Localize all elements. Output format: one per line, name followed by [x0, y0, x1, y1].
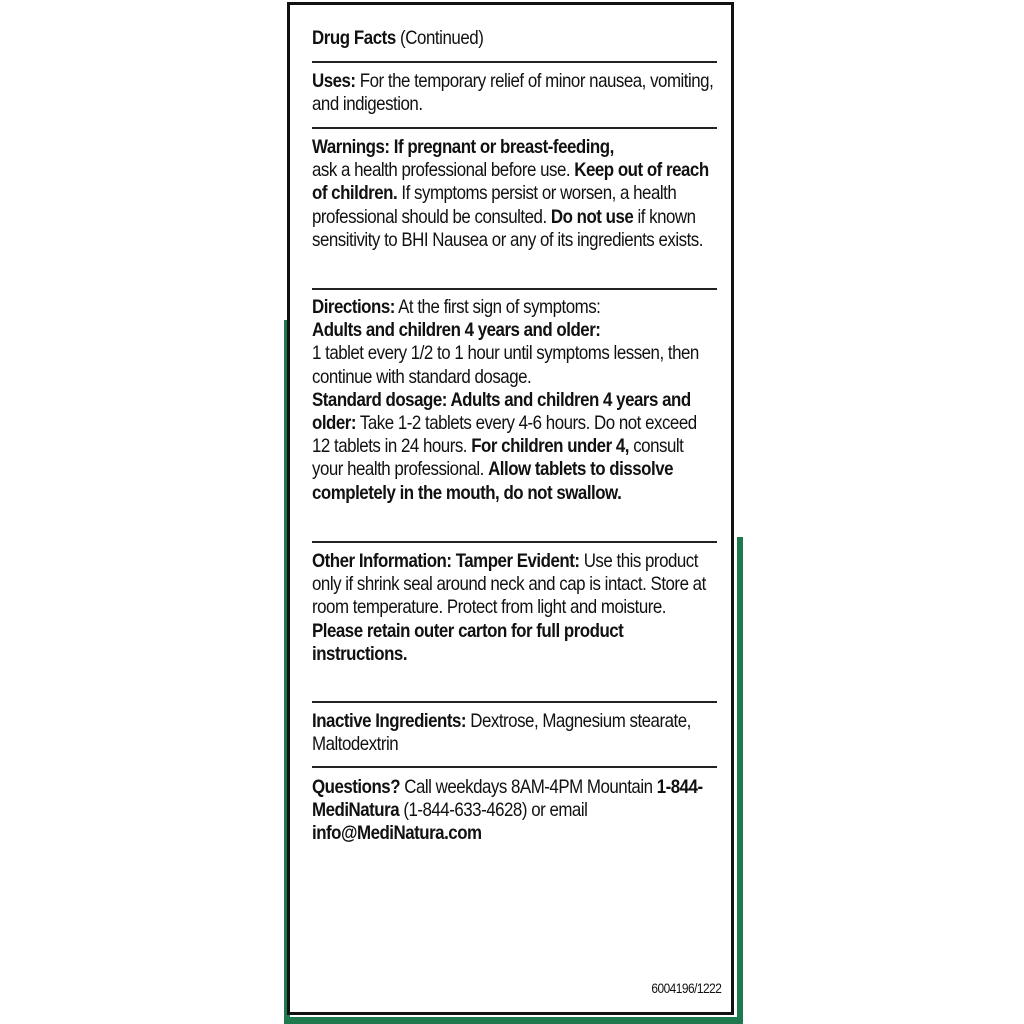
- divider: [312, 288, 717, 290]
- uses-section: Uses: For the temporary relief of minor …: [312, 70, 717, 116]
- email-address: info@MediNatura.com: [312, 823, 482, 844]
- questions-text: (1-844-633-4628) or email: [399, 800, 587, 821]
- drug-facts-panel: Drug Facts (Continued) Uses: For the tem…: [287, 2, 734, 1015]
- warnings-pregnant: If pregnant or breast-feeding,: [390, 137, 614, 158]
- directions-text: 1 tablet every 1/2 to 1 hour until sympt…: [312, 343, 699, 387]
- divider: [312, 127, 717, 129]
- directions-label: Directions:: [312, 297, 395, 318]
- questions-text: Call weekdays 8AM-4PM Mountain: [400, 777, 657, 798]
- directions-text: At the first sign of symptoms:: [395, 297, 601, 318]
- questions-section: Questions? Call weekdays 8AM-4PM Mountai…: [312, 776, 717, 846]
- title-continued: (Continued): [396, 28, 484, 49]
- warnings-label: Warnings:: [312, 137, 390, 158]
- inactive-ingredients-section: Inactive Ingredients: Dextrose, Magnesiu…: [312, 710, 717, 756]
- inactive-label: Inactive Ingredients:: [312, 711, 466, 732]
- title-bold: Drug Facts: [312, 28, 396, 49]
- questions-label: Questions?: [312, 777, 400, 798]
- other-info-retain: Please retain outer carton for full prod…: [312, 621, 623, 665]
- other-info-label: Other Information: Tamper Evident:: [312, 551, 579, 572]
- divider: [312, 541, 717, 543]
- directions-children-under-4: For children under 4,: [471, 436, 629, 457]
- green-edge-bottom: [284, 1017, 743, 1024]
- divider: [312, 61, 717, 63]
- warnings-text: ask a health professional before use.: [312, 160, 574, 181]
- drug-facts-title: Drug Facts (Continued): [312, 27, 717, 50]
- lot-code: 6004196/1222: [651, 980, 721, 996]
- other-information-section: Other Information: Tamper Evident: Use t…: [312, 550, 717, 666]
- warnings-do-not-use: Do not use: [551, 207, 633, 228]
- uses-text: For the temporary relief of minor nausea…: [312, 71, 713, 115]
- green-edge-right: [737, 537, 743, 1024]
- divider: [312, 766, 717, 768]
- uses-label: Uses:: [312, 71, 356, 92]
- directions-section: Directions: At the first sign of symptom…: [312, 296, 717, 505]
- warnings-section: Warnings: If pregnant or breast-feeding,…: [312, 136, 717, 252]
- directions-adults: Adults and children 4 years and older:: [312, 320, 600, 341]
- divider: [312, 701, 717, 703]
